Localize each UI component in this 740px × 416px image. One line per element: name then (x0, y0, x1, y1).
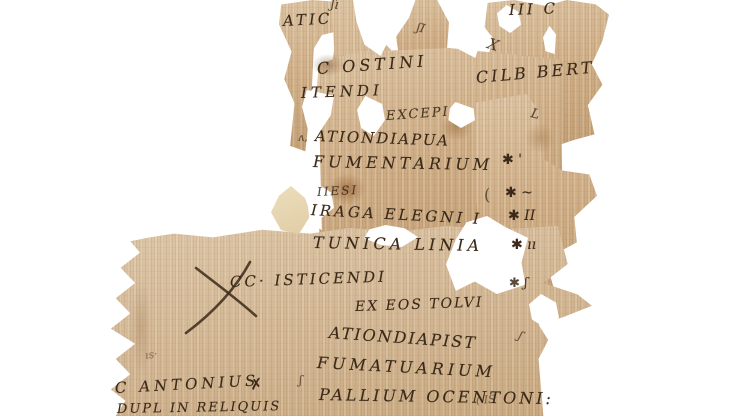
text-iiesi: IIESI (317, 183, 359, 199)
papyrus-photo: ʃı ATIC ʃI ʌ, III C X C OSTINI CILB BERT… (0, 0, 740, 416)
text-dupl-reliquis: DUPL IN RELIQUIS (117, 399, 281, 416)
denarius-mark-2: ✱ ~ (505, 185, 533, 201)
text-edge-is: ( IS (476, 393, 497, 407)
text-antonius-flourish: ✗ (249, 374, 264, 394)
denarius-mark-5: ✱ ʃ (509, 276, 528, 291)
denarius-mark-4: ✱ ıı (511, 237, 536, 253)
text-pallium-ocentoni: PALLIUM OCENTONI: (319, 385, 554, 408)
text-stray-mark: ʃ (299, 373, 302, 387)
text-atic: ATIC (283, 9, 333, 30)
text-top-mark-c: ʌ, (298, 131, 308, 144)
denarius-mark-1: ✱ ' (502, 152, 522, 168)
text-fumentarium: FUMENTARIUM (313, 152, 494, 174)
text-tunica-linia: TUNICA LINIA (313, 233, 483, 255)
text-itendi: ITENDI (301, 81, 384, 102)
denarius-mark-3: ✱ II (508, 208, 535, 224)
text-faint-is: ıs· (144, 347, 158, 362)
text-iii-c: III C (509, 0, 559, 19)
